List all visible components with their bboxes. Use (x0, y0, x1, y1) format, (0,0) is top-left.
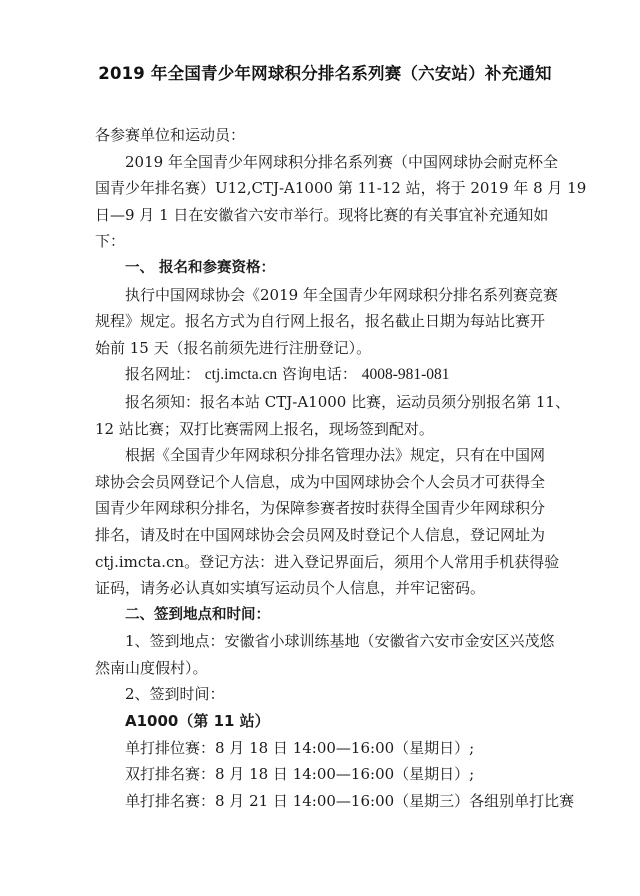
document-body: 各参赛单位和运动员： 2019 年全国青少年网球积分排名系列赛（中国网球协会耐克… (95, 122, 555, 814)
document-title: 2019 年全国青少年网球积分排名系列赛（六安站）补充通知 (92, 60, 558, 84)
registration-rules-paragraph: 执行中国网球协会《2019 年全国青少年网球积分排名系列赛竞赛 规程》规定。报名… (95, 282, 555, 362)
station-11-heading: A1000（第 11 站） (95, 708, 555, 735)
membership-paragraph: 根据《全国青少年网球积分排名管理办法》规定，只有在中国网 球协会会员网登记个人信… (95, 442, 555, 602)
schedule-row: 双打排名赛：8 月 18 日 14:00—16:00（星期日）; (95, 761, 555, 788)
checkin-location-paragraph: 1、签到地点：安徽省小球训练基地（安徽省六安市金安区兴茂悠 然南山度假村）。 (95, 628, 555, 681)
registration-notice-paragraph: 报名须知：报名本站 CTJ-A1000 比赛，运动员须分别报名第 11、 12 … (95, 389, 555, 442)
section-heading-registration: 一、 报名和参赛资格： (95, 255, 555, 282)
schedule-row: 单打排位赛：8 月 18 日 14:00—16:00（星期日）; (95, 735, 555, 762)
salutation: 各参赛单位和运动员： (95, 122, 555, 149)
registration-contact-line: 报名网址： ctj.imcta.cn 咨询电话： 4008-981-081 (95, 361, 555, 389)
station-11-schedule: 单打排位赛：8 月 18 日 14:00—16:00（星期日）; 双打排名赛：8… (95, 735, 555, 815)
registration-website-link[interactable]: ctj.imcta.cn (205, 366, 277, 383)
section-heading-checkin: 二、签到地点和时间： (95, 602, 555, 629)
phone-label: 咨询电话： (282, 365, 357, 383)
intro-paragraph: 2019 年全国青少年网球积分排名系列赛（中国网球协会耐克杯全 国青少年排名赛）… (95, 149, 555, 255)
phone-number: 4008-981-081 (362, 366, 450, 383)
schedule-row: 单打排名赛：8 月 21 日 14:00—16:00（星期三）各组别单打比赛 (95, 788, 555, 815)
checkin-time-label: 2、签到时间： (95, 681, 555, 708)
website-label: 报名网址： (125, 365, 200, 383)
